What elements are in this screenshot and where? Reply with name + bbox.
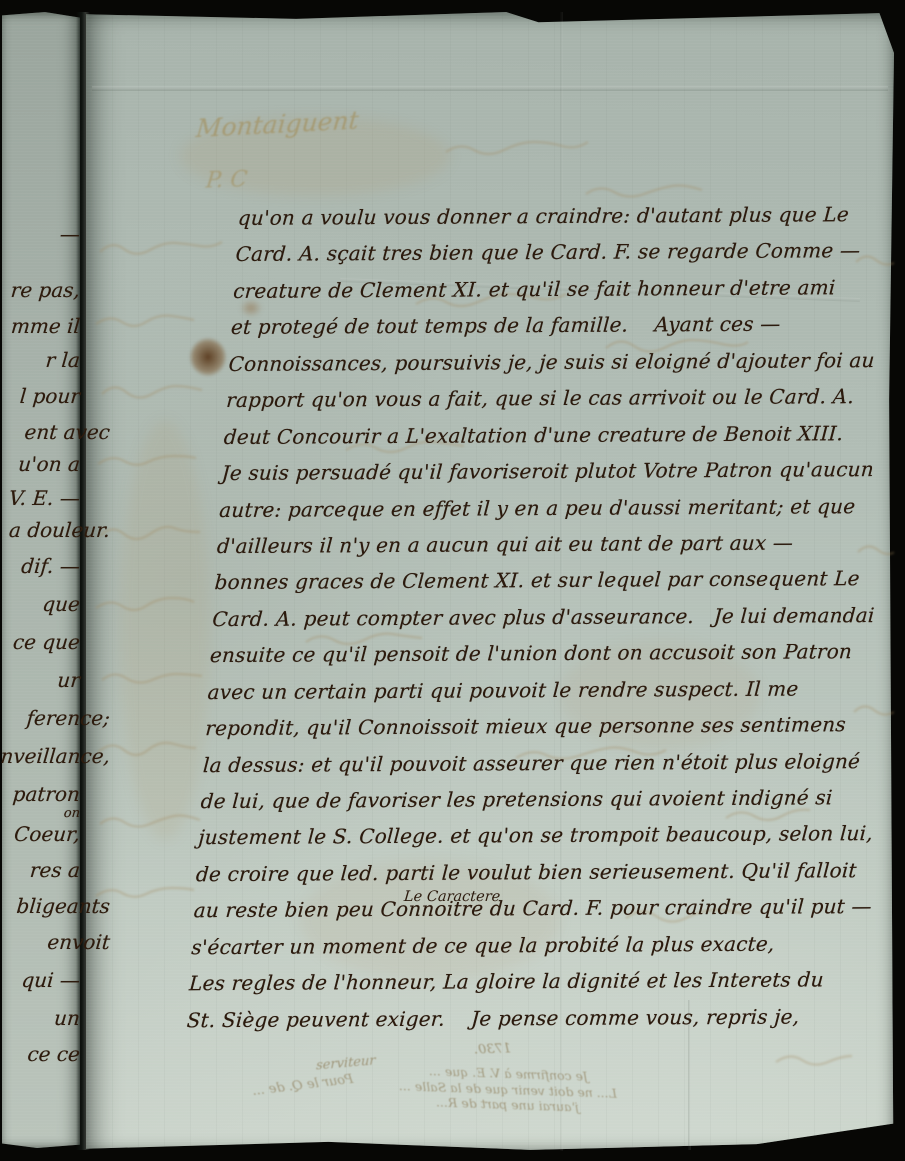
handwritten-line: ensuite ce qu'il pensoit de l'union dont… — [209, 639, 895, 680]
left-page-line-fragment: dif. — — [0, 554, 81, 578]
left-page-line-fragment: ce que — [0, 630, 81, 654]
left-page-line-fragment: a douleur. — [0, 518, 111, 542]
left-page-line-fragment: res a — [0, 858, 81, 882]
handwritten-line: Card. A. peut compter avec plus d'asseur… — [211, 603, 897, 644]
left-page-line-fragment: un — [0, 1006, 81, 1030]
handwritten-line: d'ailleurs il n'y en a aucun qui ait eu … — [215, 530, 901, 571]
left-page-line-fragment: ce ce — [0, 1042, 81, 1066]
left-page-line-fragment: qui — — [0, 968, 81, 992]
handwritten-line: avec un certain parti qui pouvoit le ren… — [206, 676, 892, 717]
letter-body: qu'on a voulu vous donner a craindre: d'… — [185, 202, 905, 1045]
handwritten-line: autre: parceque en effet il y en a peu d… — [218, 493, 904, 534]
handwritten-line: Connoissances, poursuivis je, je suis si… — [227, 348, 905, 389]
handwritten-line: Les regles de l'honneur, La gloire la di… — [188, 967, 874, 1008]
left-page-line-fragment: mme il — [0, 314, 81, 338]
handwritten-line: la dessus: et qu'il pouvoit asseurer que… — [202, 749, 888, 790]
handwritten-line: Card. A. sçait tres bien que le Card. F.… — [234, 238, 905, 279]
left-page-line-fragment: r la — [0, 348, 81, 372]
handwritten-line: Je suis persuadé qu'il favoriseroit plut… — [220, 457, 905, 498]
left-page-line-fragment: on — [0, 806, 81, 821]
handwritten-line: au reste bien peu Connoitre du Card. F. … — [192, 894, 878, 935]
left-page-line-fragment: ent avec — [0, 420, 111, 444]
handwritten-line: justement le S. College. et qu'on se tro… — [197, 821, 883, 862]
left-page-line-fragment: ference; — [0, 706, 111, 730]
left-page-line-fragment: re pas, — [0, 278, 81, 302]
left-page-line-fragment: nveillance, — [0, 744, 111, 768]
left-page-line-fragment: envoit — [0, 930, 111, 954]
left-page-line-fragment: u'on a — [0, 452, 81, 476]
left-page-line-fragment: patron — [0, 782, 81, 806]
handwritten-line: et protegé de tout temps de la famille. … — [229, 311, 905, 352]
handwritten-line: s'écarter un moment de ce que la probité… — [190, 931, 876, 972]
handwritten-line: repondit, qu'il Connoissoit mieux que pe… — [204, 712, 890, 753]
handwritten-line: bonnes graces de Clement XI. et sur lequ… — [213, 566, 899, 607]
handwritten-line: rapport qu'on vous a fait, que si le cas… — [225, 384, 905, 425]
left-page-line-fragment: Coeur, — [0, 822, 81, 846]
handwritten-line: deut Concourir a L'exaltation d'une crea… — [222, 420, 905, 461]
left-page-line-fragment: ur — [0, 668, 81, 692]
manuscript-scan: — re pas, mme il r la l pour ent avec u'… — [0, 0, 905, 1161]
left-page-line-fragment: V. E. — — [0, 486, 81, 510]
left-page-line-fragment: — — [0, 222, 81, 246]
interline-insertion: Le Caractere — [403, 889, 501, 905]
left-page-line-fragment: que — [0, 592, 81, 616]
left-page-line-fragment: l pour — [0, 384, 81, 408]
handwritten-line: creature de Clement XI. et qu'il se fait… — [232, 275, 905, 316]
left-page-line-fragment: bligeants — [0, 894, 111, 918]
handwritten-line: de lui, que de favoriser les pretensions… — [199, 785, 885, 826]
ghost-inscription-initials: P. C — [205, 167, 249, 194]
handwritten-line: qu'on a voulu vous donner a craindre: d'… — [236, 202, 905, 243]
handwritten-line: de croire que led. parti le voulut bien … — [195, 858, 881, 899]
handwritten-line: St. Siège peuvent exiger. Je pense comme… — [185, 1004, 871, 1045]
